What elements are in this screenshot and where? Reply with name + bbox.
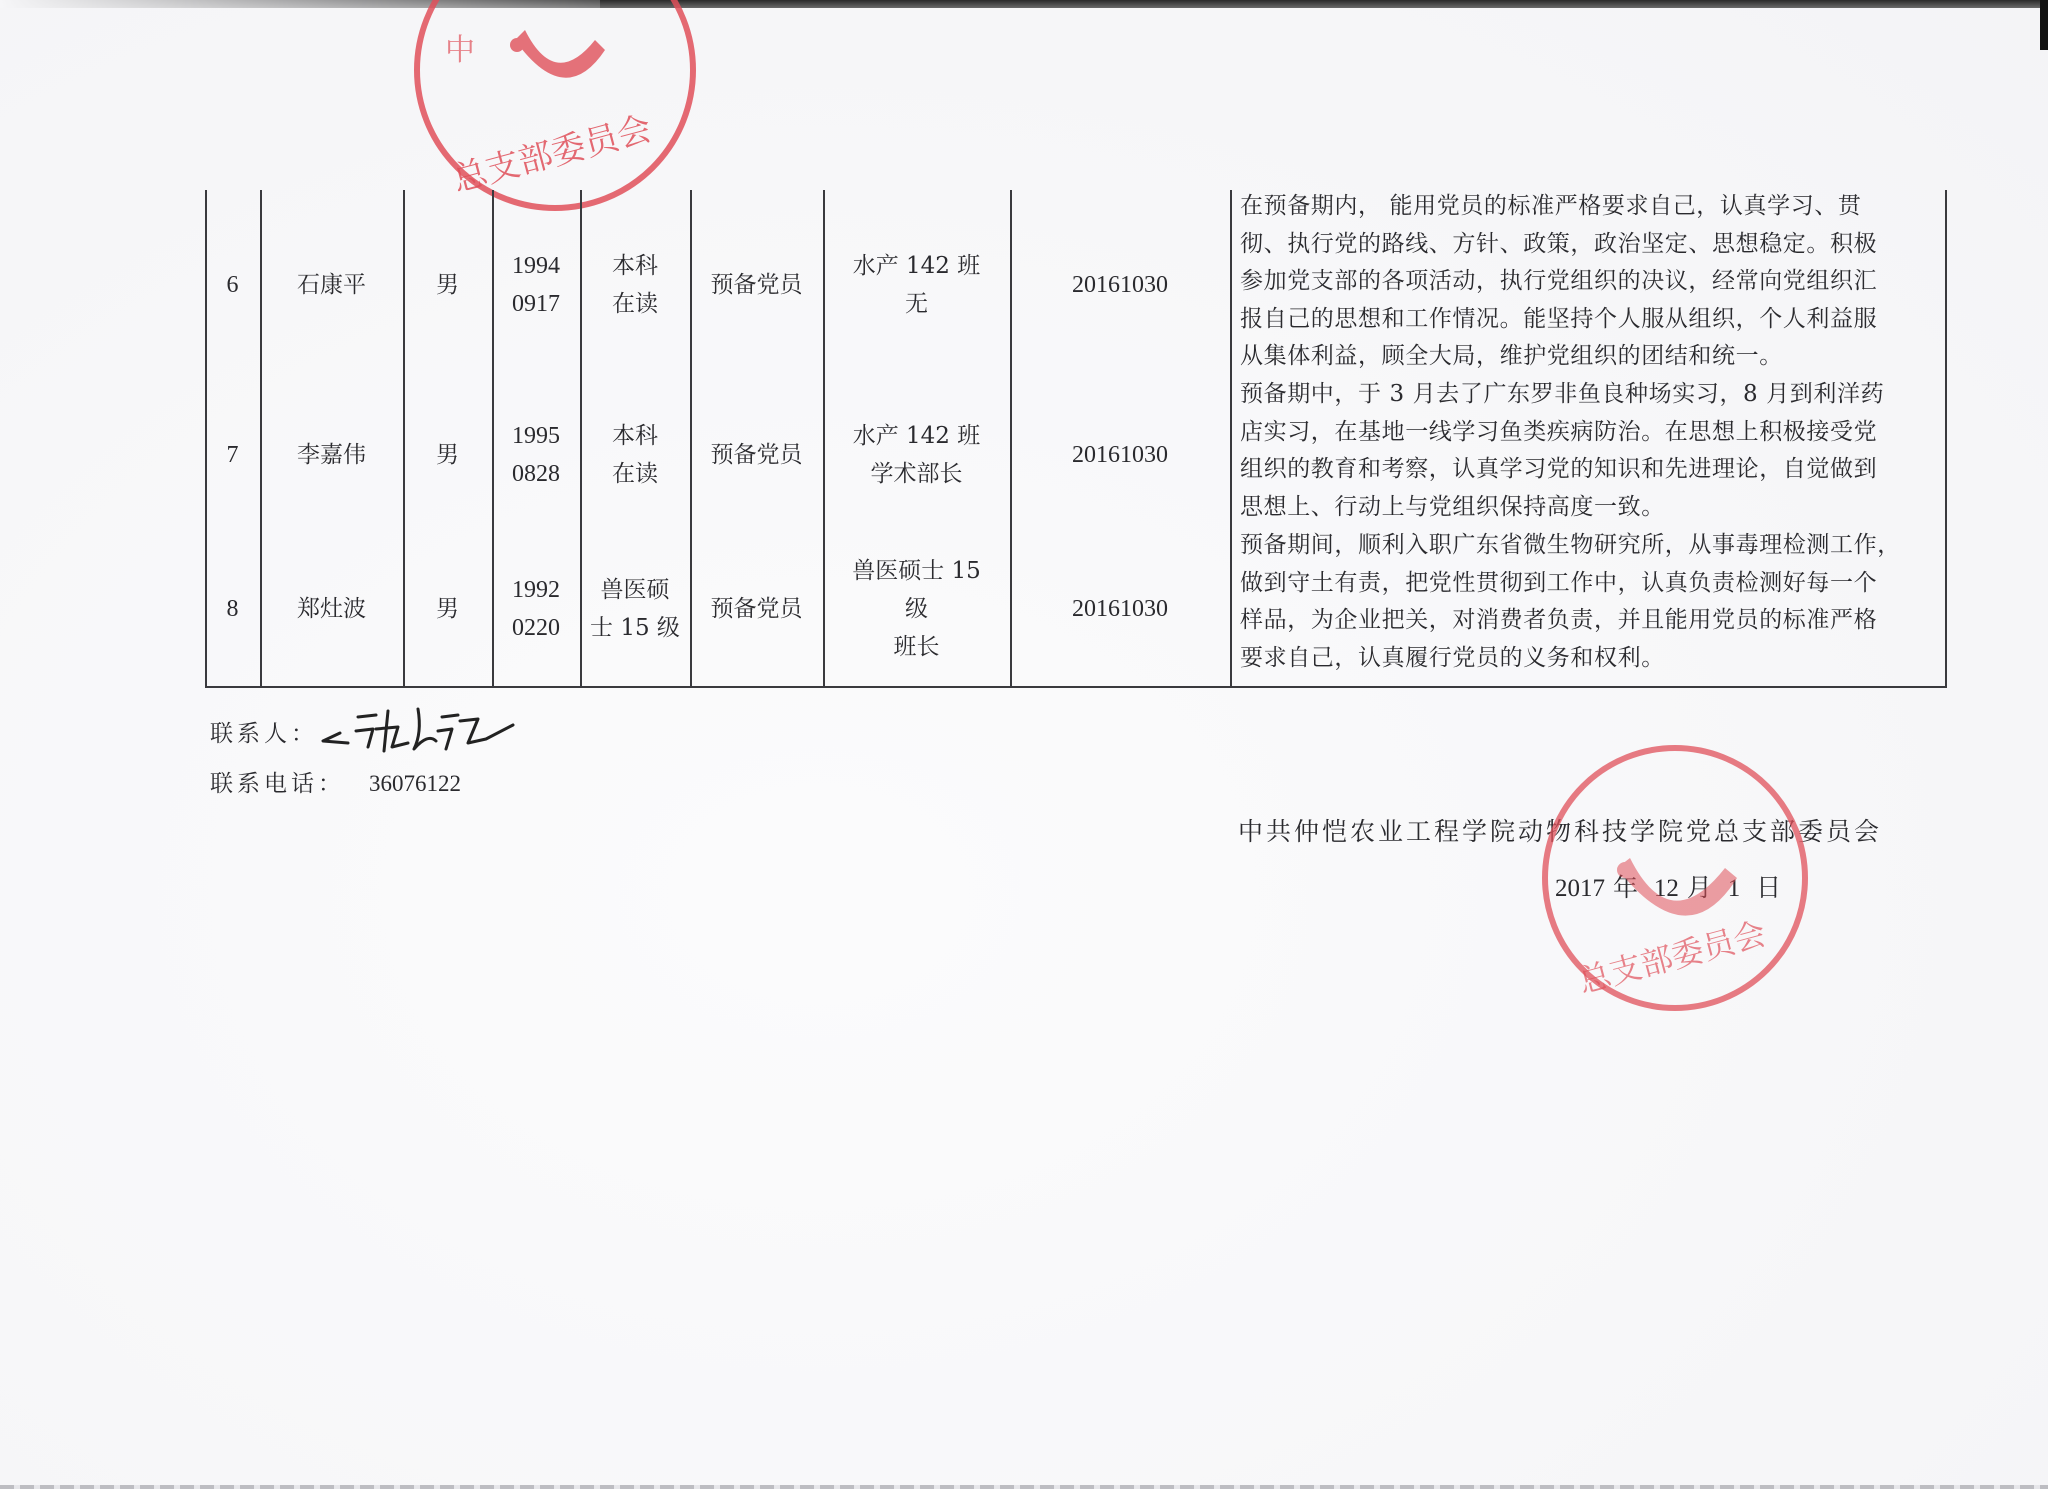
remark-line: 报自己的思想和工作情况。能坚持个人服从组织，个人利益服 (1240, 301, 1877, 339)
remark-line: 要求自己，认真履行党员的义务和权利。 (1240, 640, 1901, 678)
member-date: 20161030 (1010, 530, 1230, 688)
member-education: 本科 在读 (580, 190, 690, 380)
member-date: 20161030 (1010, 380, 1230, 530)
contact-phone-value: 36076122 (369, 771, 461, 796)
date-day-unit: 日 (1756, 873, 1781, 902)
remark-line: 彻、执行党的路线、方针、政策，政治坚定、思想稳定。积极 (1240, 226, 1877, 264)
contact-phone-label: 联系电话： (210, 771, 345, 797)
organization-name: 中共仲恺农业工程学院动物科技学院党总支部委员会 (1238, 812, 1882, 848)
contact-person-row: 联系人： (210, 715, 318, 748)
remark-line: 思想上、行动上与党组织保持高度一致。 (1240, 489, 1884, 527)
row-index: 6 (205, 190, 260, 380)
remark-line: 在预备期内， 能用党员的标准严格要求自己，认真学习、贯 (1240, 188, 1877, 226)
member-class-position: 水产 142 班 无 (823, 190, 1010, 380)
table-border-right (1945, 190, 1947, 688)
scan-edge-top-fade (0, 0, 600, 8)
remark-line: 做到守土有责，把党性贯彻到工作中，认真负责检测好每一个 (1240, 565, 1901, 603)
row-index: 7 (205, 380, 260, 530)
member-gender: 男 (403, 380, 492, 530)
scan-edge-right (2040, 0, 2048, 50)
remark-line: 参加党支部的各项活动，执行党组织的决议，经常向党组织汇 (1240, 263, 1877, 301)
remark-line: 店实习，在基地一线学习鱼类疾病防治。在思想上积极接受党 (1240, 414, 1884, 452)
member-name: 李嘉伟 (260, 380, 403, 530)
date-day: 1 (1728, 875, 1741, 902)
document-date: 2017 年 12 月 1 日 (1555, 868, 1781, 904)
remark-line: 预备期间，顺利入职广东省微生物研究所，从事毒理检测工作， (1240, 527, 1901, 565)
member-class-position: 兽医硕士 15 级 班长 (823, 530, 1010, 688)
date-month-unit: 月 (1687, 873, 1712, 902)
remark-row-6: 在预备期内， 能用党员的标准严格要求自己，认真学习、贯 彻、执行党的路线、方针、… (1240, 188, 1877, 376)
remark-row-7: 预备期中，于 3 月去了广东罗非鱼良种场实习，8 月到利洋药 店实习，在基地一线… (1240, 376, 1884, 526)
member-date: 20161030 (1010, 190, 1230, 380)
scan-edge-bottom (0, 1485, 2048, 1489)
date-year: 2017 (1555, 875, 1605, 902)
contact-phone-row: 联系电话：36076122 (210, 765, 461, 798)
member-birth: 1994 0917 (492, 190, 580, 380)
member-name: 郑灶波 (260, 530, 403, 688)
date-year-unit: 年 (1613, 873, 1638, 902)
member-education: 兽医硕 士 15 级 (580, 530, 690, 688)
member-status: 预备党员 (690, 190, 823, 380)
date-month: 12 (1654, 875, 1679, 902)
remark-line: 组织的教育和考察，认真学习党的知识和先进理论，自觉做到 (1240, 451, 1884, 489)
member-gender: 男 (403, 190, 492, 380)
remark-line: 从集体利益，顾全大局，维护党组织的团结和统一。 (1240, 338, 1877, 376)
member-status: 预备党员 (690, 380, 823, 530)
member-class-position: 水产 142 班 学术部长 (823, 380, 1010, 530)
member-education: 本科 在读 (580, 380, 690, 530)
member-birth: 1995 0828 (492, 380, 580, 530)
member-birth: 1992 0220 (492, 530, 580, 688)
contact-person-label: 联系人： (210, 721, 318, 747)
row-index: 8 (205, 530, 260, 688)
remark-row-8: 预备期间，顺利入职广东省微生物研究所，从事毒理检测工作， 做到守土有责，把党性贯… (1240, 527, 1901, 677)
member-name: 石康平 (260, 190, 403, 380)
remark-line: 预备期中，于 3 月去了广东罗非鱼良种场实习，8 月到利洋药 (1240, 376, 1884, 414)
member-status: 预备党员 (690, 530, 823, 688)
member-gender: 男 (403, 530, 492, 688)
remark-line: 样品，为企业把关，对消费者负责，并且能用党员的标准严格 (1240, 602, 1901, 640)
column-divider (1230, 190, 1232, 688)
